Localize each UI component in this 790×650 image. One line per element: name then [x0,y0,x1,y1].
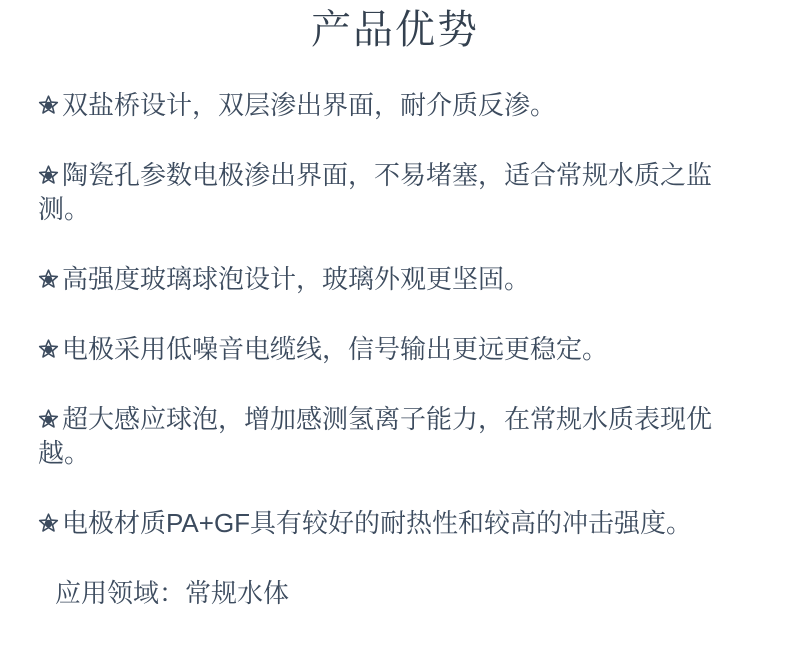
advantage-text: 高强度玻璃球泡设计，玻璃外观更坚固。 [62,264,530,294]
advantage-item: 电极采用低噪音电缆线，信号输出更远更稳定。 [38,332,720,366]
advantage-item: 双盐桥设计，双层渗出界面，耐介质反渗。 [38,88,720,122]
advantage-item: 电极材质PA+GF具有较好的耐热性和较高的冲击强度。 [38,506,720,540]
advantage-text: 超大感应球泡，增加感测氢离子能力，在常规水质表现优越。 [38,404,712,468]
advantage-text: 电极材质PA+GF具有较好的耐热性和较高的冲击强度。 [62,508,692,538]
product-advantages-page: 产品优势 双盐桥设计，双层渗出界面，耐介质反渗。 陶瓷孔参数电极渗出界面，不易堵… [0,6,790,650]
page-title: 产品优势 [0,6,790,54]
advantage-item: 超大感应球泡，增加感测氢离子能力，在常规水质表现优越。 [38,402,720,470]
star-bullet-icon [38,268,59,289]
star-bullet-icon [38,164,59,185]
advantage-text: 双盐桥设计，双层渗出界面，耐介质反渗。 [62,90,556,120]
star-bullet-icon [38,338,59,359]
advantage-item: 高强度玻璃球泡设计，玻璃外观更坚固。 [38,262,720,296]
star-bullet-icon [38,408,59,429]
advantage-text: 电极采用低噪音电缆线，信号输出更远更稳定。 [62,334,608,364]
advantage-text: 陶瓷孔参数电极渗出界面，不易堵塞，适合常规水质之监测。 [38,160,712,224]
star-bullet-icon [38,512,59,533]
advantage-item: 陶瓷孔参数电极渗出界面，不易堵塞，适合常规水质之监测。 [38,158,720,226]
advantages-list: 双盐桥设计，双层渗出界面，耐介质反渗。 陶瓷孔参数电极渗出界面，不易堵塞，适合常… [0,88,790,610]
star-bullet-icon [38,94,59,115]
application-field-label: 应用领域：常规水体 [38,576,790,610]
